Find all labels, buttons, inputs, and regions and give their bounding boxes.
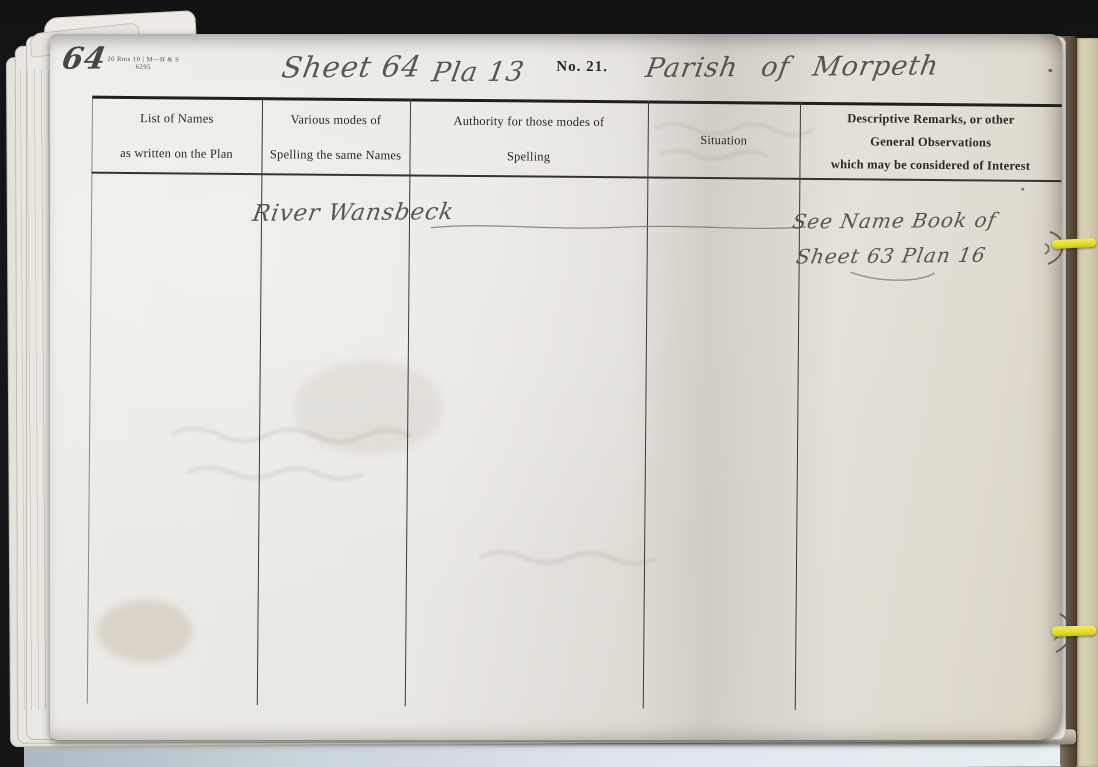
column-header-names: List of Names as written on the Plan — [91, 100, 262, 171]
column-header-situation: Situation — [647, 105, 800, 176]
header-line: Spelling — [507, 149, 550, 163]
parish-title-handwritten: Parish of Morpeth — [643, 51, 941, 84]
entry-dash-line — [429, 219, 809, 236]
parish-word: Parish — [643, 52, 740, 84]
parish-word: of — [759, 52, 793, 83]
column-divider — [795, 102, 801, 710]
ink-speck — [1048, 69, 1052, 72]
header-line: Various modes of — [290, 112, 381, 127]
page-number-label: No. 21. — [556, 59, 608, 76]
folio-number-handwritten: 64 — [59, 41, 109, 76]
column-header-remarks: Descriptive Remarks, or other General Ob… — [799, 106, 1062, 178]
entry-name-handwritten: River Wansbeck — [251, 199, 457, 227]
photographed-name-book: 64 20 Rms 10 | M—H & S 6295 Sheet 64 Pla… — [0, 0, 1098, 767]
plan-number-handwritten: Pla 13 — [430, 57, 527, 89]
header-line: which may be considered of Interest — [831, 157, 1030, 173]
document-page: 64 20 Rms 10 | M—H & S 6295 Sheet 64 Pla… — [50, 34, 1062, 740]
bleedthrough-ghost-text — [476, 533, 737, 595]
column-header-authority: Authority for those modes of Spelling — [409, 102, 648, 174]
column-divider — [257, 97, 263, 705]
remarks-handwritten-line1: See Name Book of — [791, 208, 999, 234]
header-line: Situation — [700, 133, 747, 147]
column-divider — [643, 101, 649, 709]
parish-word: Morpeth — [810, 51, 941, 83]
header-line: as written on the Plan — [120, 145, 233, 160]
column-divider — [87, 96, 93, 704]
remarks-handwritten-line2: Sheet 63 Plan 16 — [794, 243, 988, 269]
header-line: Descriptive Remarks, or other — [847, 111, 1014, 126]
ink-speck — [1021, 188, 1024, 191]
page-content-layer: 64 20 Rms 10 | M—H & S 6295 Sheet 64 Pla… — [44, 33, 1062, 748]
header-line: List of Names — [140, 111, 214, 126]
paper-stain — [293, 359, 444, 455]
imprint-line-2: 6295 — [107, 63, 179, 71]
header-line: General Observations — [870, 134, 991, 149]
yellow-tie-bottom — [1052, 625, 1096, 636]
remarks-flourish — [848, 268, 938, 285]
header-line: Spelling the same Names — [270, 147, 401, 162]
column-header-spelling: Various modes of Spelling the same Names — [261, 101, 410, 172]
paper-stain — [97, 600, 193, 663]
header-line: Authority for those modes of — [453, 113, 604, 128]
printer-imprint: 20 Rms 10 | M—H & S 6295 — [107, 55, 179, 71]
sheet-number-handwritten: Sheet 64 — [279, 49, 424, 84]
